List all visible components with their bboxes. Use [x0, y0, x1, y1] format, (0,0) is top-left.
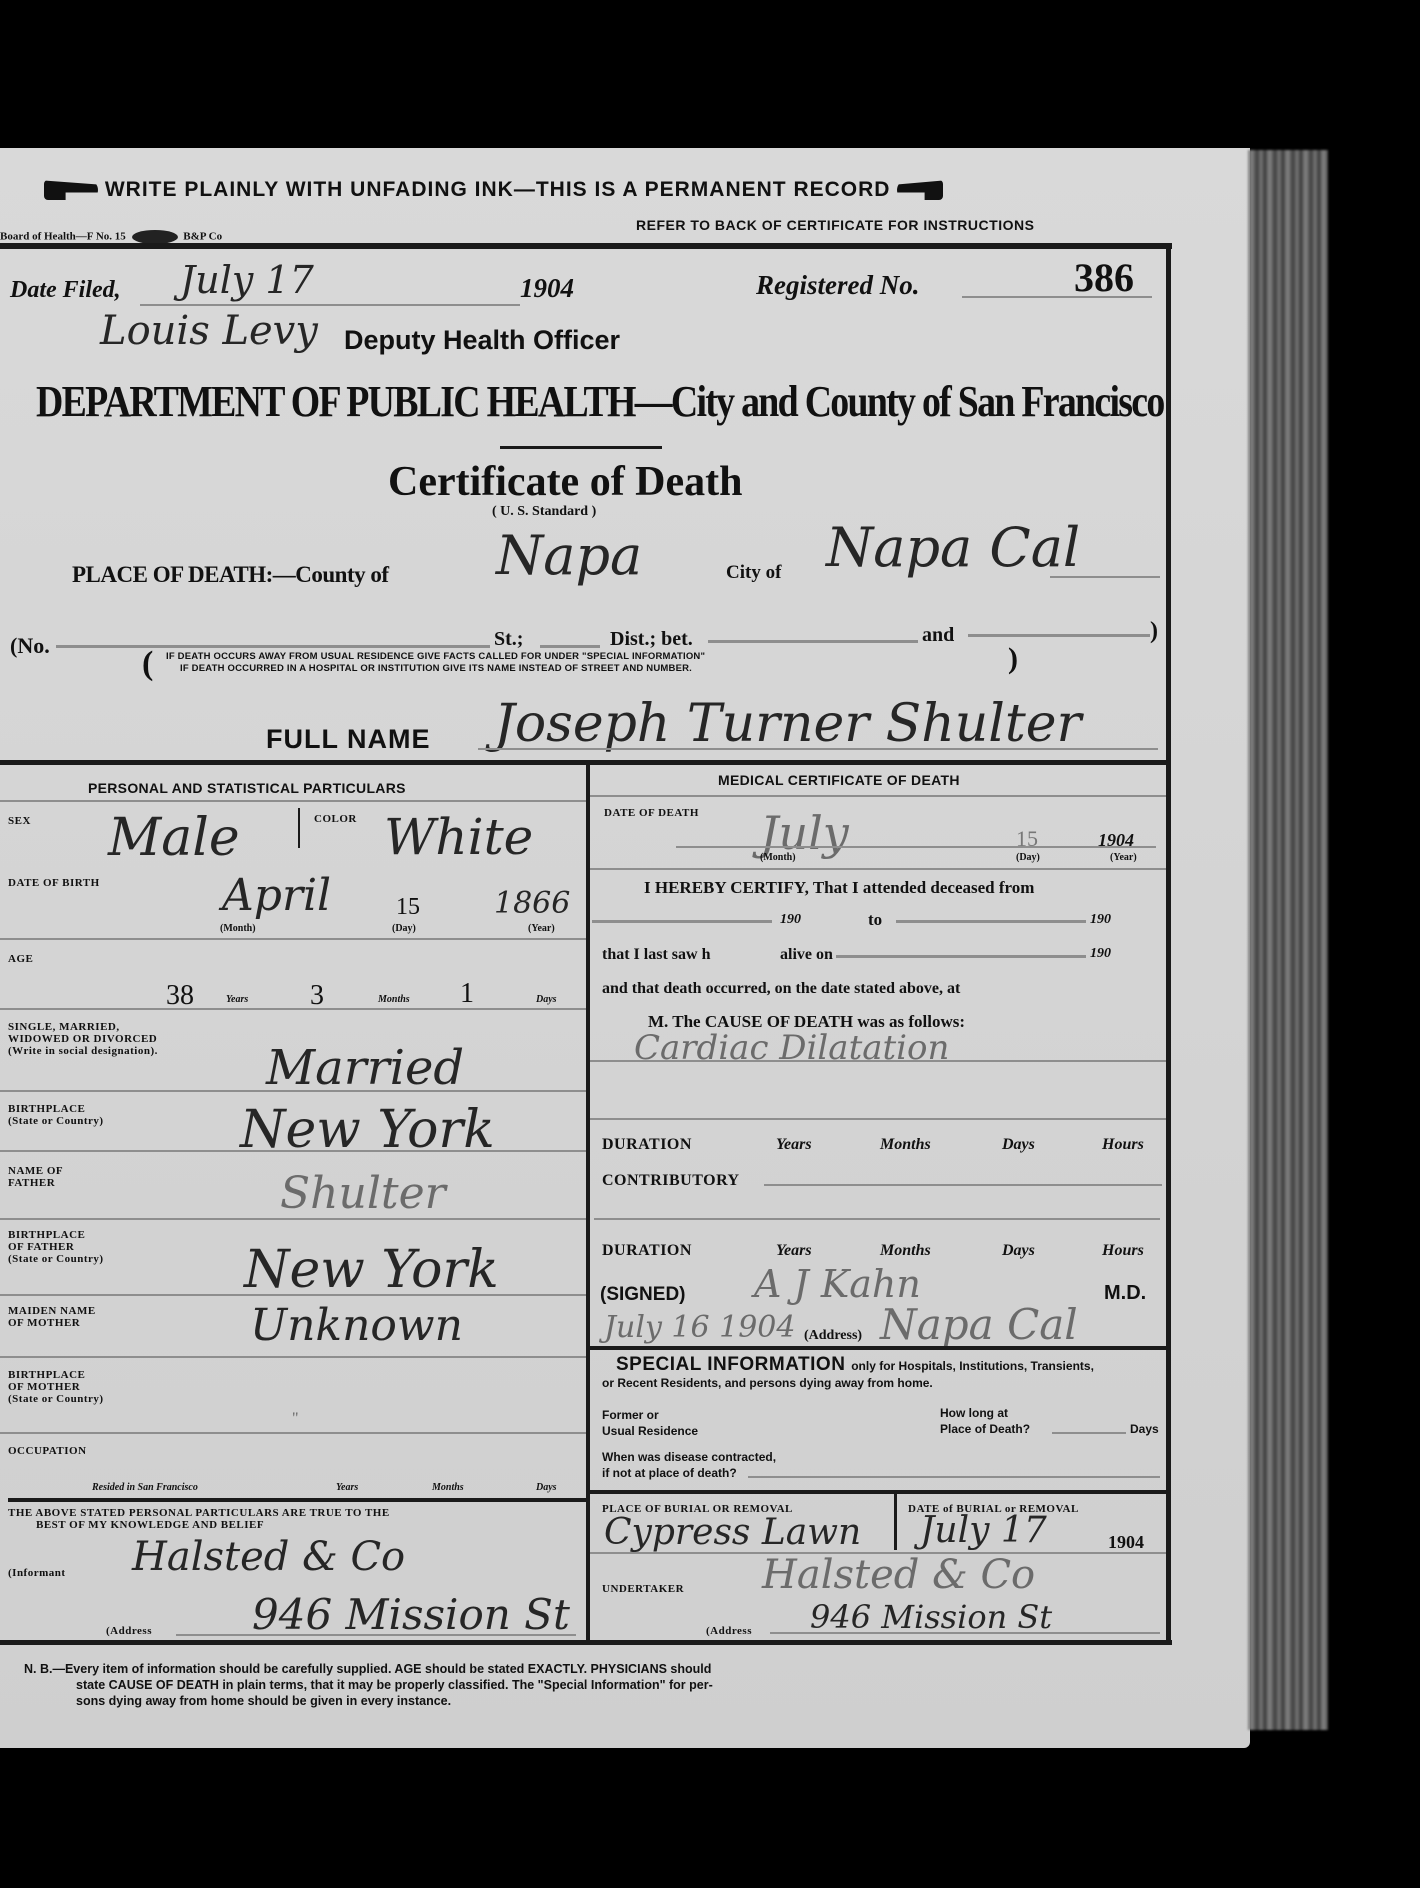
duration-months-2: Months	[880, 1242, 931, 1260]
certify-line-1: I HEREBY CERTIFY, That I attended deceas…	[644, 878, 1034, 898]
father-label-1: NAME OF	[8, 1166, 63, 1177]
street-label: St.;	[494, 628, 523, 651]
footer-note-3: sons dying away from home should be give…	[76, 1694, 451, 1708]
birthplace-label-1: BIRTHPLACE	[8, 1104, 85, 1115]
age-days: 1	[460, 978, 474, 1010]
street-no-line	[56, 645, 490, 648]
marital-label-2: WIDOWED OR DIVORCED	[8, 1034, 157, 1045]
row-rule	[0, 1294, 586, 1296]
informant-statement-2: BEST OF MY KNOWLEDGE AND BELIEF	[36, 1520, 264, 1531]
informant-address-label: (Address	[106, 1626, 152, 1637]
alive-year-prefix: 190	[1090, 946, 1111, 962]
burial-divider	[590, 1490, 1166, 1494]
street-line	[540, 645, 600, 648]
marital-label-1: SINGLE, MARRIED,	[8, 1022, 120, 1033]
special-heading: SPECIAL INFORMATION only for Hospitals, …	[616, 1354, 1094, 1376]
residence-note-line2: IF DEATH OCCURRED IN A HOSPITAL OR INSTI…	[180, 663, 692, 674]
title-divider	[500, 446, 662, 449]
sex-label: SEX	[8, 816, 31, 827]
resided-years: Years	[336, 1482, 358, 1493]
row-rule	[0, 1150, 586, 1152]
special-heading-line2: or Recent Residents, and persons dying a…	[602, 1376, 933, 1390]
mother-bp-label-1: BIRTHPLACE	[8, 1370, 85, 1381]
resided-days: Days	[536, 1482, 557, 1493]
dob-year-caption: (Year)	[528, 923, 555, 934]
burial-date-value: July 17	[920, 1510, 1047, 1551]
burial-place-value: Cypress Lawn	[604, 1512, 861, 1553]
age-days-caption: Days	[536, 994, 557, 1005]
undertaker-address: 946 Mission St	[810, 1598, 1052, 1636]
certify-line-2a: that I last saw h	[602, 946, 710, 964]
father-value: Shulter	[280, 1168, 446, 1219]
md-label: M.D.	[1104, 1282, 1146, 1305]
footer-note-2: state CAUSE OF DEATH in plain terms, tha…	[76, 1678, 713, 1692]
footer-note-1: N. B.—Every item of information should b…	[24, 1662, 711, 1676]
dob-month-caption: (Month)	[220, 923, 256, 934]
mother-label-1: MAIDEN NAME	[8, 1306, 96, 1317]
and-label: and	[922, 624, 954, 647]
burial-column-divider	[894, 1494, 897, 1550]
date-filed-line	[140, 304, 520, 306]
mother-bp-label-2: OF MOTHER	[8, 1382, 80, 1393]
age-label: AGE	[8, 954, 33, 965]
note-close-paren: )	[1008, 642, 1018, 676]
section-divider	[0, 760, 1166, 765]
physician-address-label: (Address)	[804, 1328, 862, 1344]
row-rule	[0, 1432, 586, 1434]
contracted-label-2: if not at place of death?	[602, 1466, 737, 1480]
how-long-days-label: Days	[1130, 1422, 1159, 1436]
signed-label: (SIGNED)	[600, 1284, 686, 1306]
department-title: DEPARTMENT OF PUBLIC HEALTH—City and Cou…	[36, 376, 1164, 427]
duration-hours-1: Hours	[1102, 1136, 1144, 1154]
dob-label: DATE OF BIRTH	[8, 878, 100, 889]
instructions-note: REFER TO BACK OF CERTIFICATE FOR INSTRUC…	[636, 217, 1034, 233]
sex-value: Male	[108, 808, 240, 868]
occupation-label: OCCUPATION	[8, 1446, 87, 1457]
father-bp-label-3: (State or Country)	[8, 1254, 104, 1265]
row-rule	[0, 1008, 586, 1010]
alive-on-line	[836, 955, 1086, 958]
form-right-border	[1166, 243, 1171, 1645]
row-rule	[0, 938, 586, 940]
dob-day: 15	[396, 894, 420, 921]
row-rule	[0, 1356, 586, 1358]
row-rule	[0, 800, 586, 802]
dod-day-caption: (Day)	[1016, 852, 1040, 863]
column-divider	[586, 765, 590, 1640]
dob-year: 1866	[494, 886, 570, 921]
informant-divider	[8, 1498, 586, 1502]
color-label: COLOR	[314, 814, 357, 825]
to-line	[896, 920, 1086, 923]
signed-date: July 16 1904	[604, 1310, 795, 1345]
place-of-death-label: PLACE OF DEATH:—County of	[72, 562, 389, 588]
close-paren: )	[1150, 618, 1158, 645]
street-no-label: (No.	[10, 633, 50, 659]
row-rule	[0, 1218, 586, 1220]
date-filed-value: July 17	[180, 258, 314, 302]
to-year-prefix: 190	[1090, 912, 1111, 928]
row-rule	[590, 795, 1166, 797]
personal-heading: PERSONAL AND STATISTICAL PARTICULARS	[88, 780, 406, 796]
duration-hours-2: Hours	[1102, 1242, 1144, 1260]
former-residence-label-1: Former or	[602, 1408, 659, 1422]
form-number: Board of Health—F No. 15	[0, 231, 126, 243]
informant-address: 946 Mission St	[252, 1590, 570, 1639]
certify-line-2b: alive on	[780, 946, 833, 964]
informant-label: (Informant	[8, 1568, 66, 1579]
duration-years-1: Years	[776, 1136, 812, 1154]
date-filed-label: Date Filed,	[10, 277, 121, 304]
resided-label: Resided in San Francisco	[92, 1482, 198, 1493]
row-rule	[590, 1060, 1166, 1062]
dod-label: DATE OF DEATH	[604, 808, 699, 819]
medical-heading: MEDICAL CERTIFICATE OF DEATH	[718, 772, 960, 788]
duration-days-2: Days	[1002, 1242, 1035, 1260]
mother-bp-label-3: (State or Country)	[8, 1394, 104, 1405]
duration-days-1: Days	[1002, 1136, 1035, 1154]
undertaker-address-label: (Address	[706, 1626, 752, 1637]
birthplace-label-2: (State or Country)	[8, 1116, 104, 1127]
how-long-label-1: How long at	[940, 1406, 1008, 1420]
form-bottom-border	[0, 1640, 1172, 1645]
contracted-line	[748, 1476, 1160, 1478]
date-filed-year: 1904	[520, 273, 574, 304]
contributory-label: CONTRIBUTORY	[602, 1172, 740, 1190]
full-name-label: FULL NAME	[266, 724, 431, 755]
district-line	[708, 640, 918, 643]
father-label-2: FATHER	[8, 1178, 55, 1189]
how-long-line	[1052, 1432, 1126, 1434]
registered-label: Registered No.	[756, 270, 919, 301]
pointing-hand-icon	[897, 180, 943, 200]
undertaker-label: UNDERTAKER	[602, 1584, 684, 1595]
from-year-prefix: 190	[780, 912, 801, 928]
special-divider	[590, 1346, 1166, 1350]
dod-month-caption: (Month)	[760, 852, 796, 863]
dod-day: 15	[1016, 826, 1038, 852]
age-years-caption: Years	[226, 994, 248, 1005]
duration-label-1: DURATION	[602, 1136, 692, 1154]
printer-seal-icon	[132, 230, 178, 244]
row-rule	[594, 1218, 1160, 1220]
resided-months: Months	[432, 1482, 464, 1493]
how-long-label-2: Place of Death?	[940, 1422, 1030, 1436]
special-heading-rest: only for Hospitals, Institutions, Transi…	[851, 1359, 1094, 1373]
certify-line-3: and that death occurred, on the date sta…	[602, 980, 960, 998]
banner-text: WRITE PLAINLY WITH UNFADING INK—THIS IS …	[105, 178, 891, 201]
duration-years-2: Years	[776, 1242, 812, 1260]
city-value: Napa Cal	[826, 516, 1080, 579]
mother-bp-value: "	[292, 1410, 299, 1428]
district-label: Dist.; bet.	[610, 628, 693, 651]
dob-day-caption: (Day)	[392, 923, 416, 934]
special-heading-main: SPECIAL INFORMATION	[616, 1354, 845, 1375]
officer-title: Deputy Health Officer	[344, 325, 620, 356]
and-line	[968, 634, 1150, 637]
dod-year-caption: (Year)	[1110, 852, 1137, 863]
mother-value: Unknown	[250, 1300, 463, 1351]
cause-value: Cardiac Dilatation	[634, 1028, 949, 1068]
printer-name: B&P Co	[183, 231, 222, 243]
row-rule	[0, 1090, 586, 1092]
header-banner: WRITE PLAINLY WITH UNFADING INK—THIS IS …	[44, 178, 943, 202]
registered-number: 386	[1074, 254, 1134, 301]
to-label: to	[868, 910, 882, 930]
marital-value: Married	[266, 1040, 464, 1096]
color-value: White	[384, 808, 533, 866]
age-months-caption: Months	[378, 994, 410, 1005]
note-open-paren: (	[142, 645, 153, 683]
full-name-line	[478, 748, 1158, 750]
burial-year: 1904	[1108, 1532, 1144, 1553]
form-id: Board of Health—F No. 15 B&P Co	[0, 230, 222, 244]
pointing-hand-icon	[44, 180, 98, 200]
contributory-line	[764, 1184, 1162, 1186]
certificate-title: Certificate of Death	[388, 458, 743, 506]
book-page-edges	[1248, 150, 1328, 1730]
undertaker-value: Halsted & Co	[762, 1552, 1035, 1598]
from-line	[592, 920, 772, 923]
dod-year: 1904	[1098, 830, 1134, 851]
dod-line	[676, 846, 1156, 848]
contracted-label-1: When was disease contracted,	[602, 1450, 776, 1464]
row-rule	[590, 1118, 1166, 1120]
city-label: City of	[726, 562, 781, 584]
physician-address: Napa Cal	[880, 1300, 1078, 1349]
informant-value: Halsted & Co	[132, 1534, 405, 1580]
duration-months-1: Months	[880, 1136, 931, 1154]
full-name-value: Joseph Turner Shulter	[494, 694, 1081, 754]
former-residence-label-2: Usual Residence	[602, 1424, 698, 1438]
dob-month: April	[222, 870, 331, 921]
standard-label: ( U. S. Standard )	[492, 504, 596, 520]
duration-label-2: DURATION	[602, 1242, 692, 1260]
father-bp-value: New York	[244, 1240, 499, 1300]
father-bp-label-1: BIRTHPLACE	[8, 1230, 85, 1241]
county-value: Napa	[496, 524, 642, 587]
residence-note-line1: IF DEATH OCCURS AWAY FROM USUAL RESIDENC…	[166, 651, 705, 662]
city-line	[1050, 576, 1160, 578]
row-rule	[590, 868, 1166, 870]
marital-label-3: (Write in social designation).	[8, 1046, 158, 1057]
father-bp-label-2: OF FATHER	[8, 1242, 74, 1253]
mother-label-2: OF MOTHER	[8, 1318, 80, 1329]
sex-color-divider	[298, 808, 300, 848]
officer-signature: Louis Levy	[100, 308, 318, 354]
informant-statement-1: THE ABOVE STATED PERSONAL PARTICULARS AR…	[8, 1508, 390, 1519]
form-top-border	[0, 243, 1172, 249]
